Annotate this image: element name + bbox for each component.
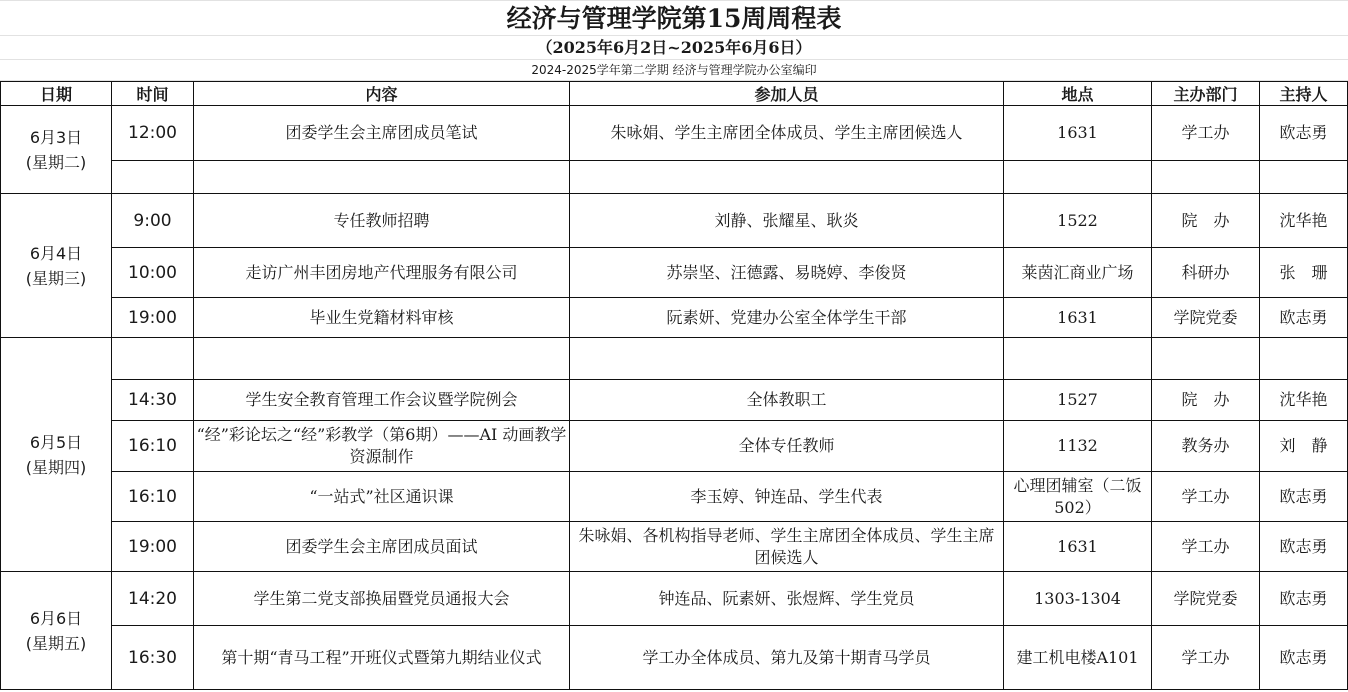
organizer-cell: 院 办 [1152,380,1260,421]
location-cell: 莱茵汇商业广场 [1004,248,1152,298]
date-label: 6月4日 [3,241,109,266]
date-range: （2025年6月2日~2025年6月6日） [0,35,1348,60]
date-label: 6月6日 [3,606,109,631]
organizer-cell: 学工办 [1152,522,1260,572]
participants-cell: 朱咏娟、各机构指导老师、学生主席团全体成员、学生主席团候选人 [570,522,1004,572]
column-header-organizer: 主办部门 [1152,82,1260,106]
table-row: 6月4日(星期三)9:00专任教师招聘刘静、张耀星、耿炎1522院 办沈华艳 [1,194,1348,248]
organizer-cell: 学工办 [1152,626,1260,690]
table-row: 16:10“一站式”社区通识课李玉婷、钟连品、学生代表心理团辅室（二饭502）学… [1,472,1348,522]
table-row: 14:30学生安全教育管理工作会议暨学院例会全体教职工1527院 办沈华艳 [1,380,1348,421]
content-cell [194,161,570,194]
participants-cell: 学工办全体成员、第九及第十期青马学员 [570,626,1004,690]
host-cell: 欧志勇 [1260,472,1348,522]
weekday-label: (星期四) [3,455,109,480]
table-row [1,161,1348,194]
time-cell: 16:30 [112,626,194,690]
location-cell [1004,338,1152,380]
content-cell: 学生第二党支部换届暨党员通报大会 [194,572,570,626]
time-cell: 14:20 [112,572,194,626]
host-cell: 张 珊 [1260,248,1348,298]
time-cell [112,161,194,194]
table-row: 19:00团委学生会主席团成员面试朱咏娟、各机构指导老师、学生主席团全体成员、学… [1,522,1348,572]
date-cell: 6月3日(星期二) [1,106,112,194]
table-row: 6月3日(星期二)12:00团委学生会主席团成员笔试朱咏娟、学生主席团全体成员、… [1,106,1348,161]
date-cell: 6月4日(星期三) [1,194,112,338]
host-cell: 欧志勇 [1260,106,1348,161]
content-cell: 团委学生会主席团成员笔试 [194,106,570,161]
location-cell: 1631 [1004,298,1152,338]
participants-cell: 阮素妍、党建办公室全体学生干部 [570,298,1004,338]
organizer-cell: 学院党委 [1152,298,1260,338]
location-cell: 1522 [1004,194,1152,248]
column-header-host: 主持人 [1260,82,1348,106]
time-cell: 14:30 [112,380,194,421]
content-cell: 团委学生会主席团成员面试 [194,522,570,572]
host-cell: 欧志勇 [1260,522,1348,572]
subtitle: 2024-2025学年第二学期 经济与管理学院办公室编印 [0,60,1348,81]
host-cell: 沈华艳 [1260,380,1348,421]
location-cell: 1303-1304 [1004,572,1152,626]
schedule-table: 日期 时间 内容 参加人员 地点 主办部门 主持人 6月3日(星期二)12:00… [0,81,1348,690]
time-cell: 9:00 [112,194,194,248]
host-cell: 欧志勇 [1260,626,1348,690]
organizer-cell [1152,161,1260,194]
organizer-cell: 学工办 [1152,472,1260,522]
host-cell: 刘 静 [1260,421,1348,472]
host-cell: 沈华艳 [1260,194,1348,248]
time-cell: 12:00 [112,106,194,161]
host-cell [1260,338,1348,380]
time-cell [112,338,194,380]
organizer-cell: 学工办 [1152,106,1260,161]
table-row: 19:00毕业生党籍材料审核阮素妍、党建办公室全体学生干部1631学院党委欧志勇 [1,298,1348,338]
host-cell [1260,161,1348,194]
table-row: 6月6日(星期五)14:20学生第二党支部换届暨党员通报大会钟连品、阮素妍、张煜… [1,572,1348,626]
content-cell: “经”彩论坛之“经”彩教学（第6期）——AI 动画教学资源制作 [194,421,570,472]
host-cell: 欧志勇 [1260,298,1348,338]
column-header-location: 地点 [1004,82,1152,106]
participants-cell: 苏崇坚、汪德露、易晓婷、李俊贤 [570,248,1004,298]
location-cell [1004,161,1152,194]
time-cell: 10:00 [112,248,194,298]
schedule-body: 6月3日(星期二)12:00团委学生会主席团成员笔试朱咏娟、学生主席团全体成员、… [1,106,1348,690]
content-cell: 第十期“青马工程”开班仪式暨第九期结业仪式 [194,626,570,690]
location-cell: 建工机电楼A101 [1004,626,1152,690]
date-label: 6月3日 [3,125,109,150]
table-row: 16:10“经”彩论坛之“经”彩教学（第6期）——AI 动画教学资源制作全体专任… [1,421,1348,472]
participants-cell: 朱咏娟、学生主席团全体成员、学生主席团候选人 [570,106,1004,161]
location-cell: 心理团辅室（二饭502） [1004,472,1152,522]
content-cell: 专任教师招聘 [194,194,570,248]
date-cell: 6月6日(星期五) [1,572,112,690]
location-cell: 1527 [1004,380,1152,421]
weekday-label: (星期二) [3,150,109,175]
participants-cell: 李玉婷、钟连品、学生代表 [570,472,1004,522]
organizer-cell: 科研办 [1152,248,1260,298]
participants-cell [570,161,1004,194]
organizer-cell: 教务办 [1152,421,1260,472]
table-row: 16:30第十期“青马工程”开班仪式暨第九期结业仪式学工办全体成员、第九及第十期… [1,626,1348,690]
location-cell: 1631 [1004,522,1152,572]
time-cell: 16:10 [112,472,194,522]
time-cell: 19:00 [112,298,194,338]
participants-cell [570,338,1004,380]
content-cell: 毕业生党籍材料审核 [194,298,570,338]
page-title: 经济与管理学院第15周周程表 [0,0,1348,36]
participants-cell: 全体教职工 [570,380,1004,421]
weekday-label: (星期三) [3,266,109,291]
weekday-label: (星期五) [3,631,109,656]
column-header-time: 时间 [112,82,194,106]
content-cell: 走访广州丰团房地产代理服务有限公司 [194,248,570,298]
table-row: 6月5日(星期四) [1,338,1348,380]
column-header-participants: 参加人员 [570,82,1004,106]
date-cell: 6月5日(星期四) [1,338,112,572]
organizer-cell: 学院党委 [1152,572,1260,626]
organizer-cell: 院 办 [1152,194,1260,248]
date-label: 6月5日 [3,430,109,455]
location-cell: 1631 [1004,106,1152,161]
column-header-content: 内容 [194,82,570,106]
column-header-date: 日期 [1,82,112,106]
participants-cell: 刘静、张耀星、耿炎 [570,194,1004,248]
table-row: 10:00走访广州丰团房地产代理服务有限公司苏崇坚、汪德露、易晓婷、李俊贤莱茵汇… [1,248,1348,298]
header-row: 日期 时间 内容 参加人员 地点 主办部门 主持人 [1,82,1348,106]
content-cell: 学生安全教育管理工作会议暨学院例会 [194,380,570,421]
location-cell: 1132 [1004,421,1152,472]
content-cell [194,338,570,380]
organizer-cell [1152,338,1260,380]
host-cell: 欧志勇 [1260,572,1348,626]
content-cell: “一站式”社区通识课 [194,472,570,522]
participants-cell: 钟连品、阮素妍、张煜辉、学生党员 [570,572,1004,626]
participants-cell: 全体专任教师 [570,421,1004,472]
time-cell: 16:10 [112,421,194,472]
time-cell: 19:00 [112,522,194,572]
